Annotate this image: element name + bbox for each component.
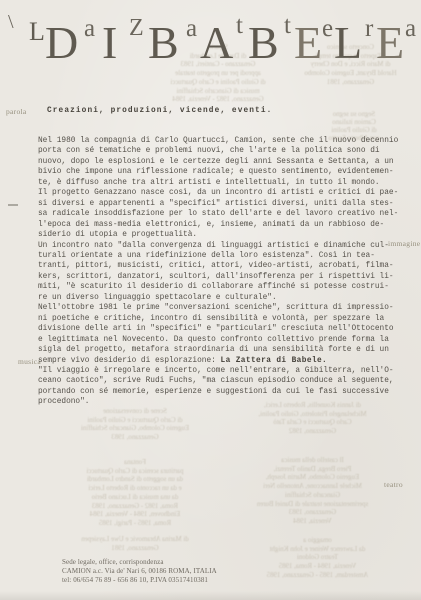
title-letter: E: [294, 20, 322, 66]
bleedthrough-text-block: omaggio a da Lawrence Weiner e John Knig…: [235, 537, 400, 581]
title-letter: L: [29, 19, 45, 45]
title-letter: B: [148, 20, 179, 66]
title-letter: Z: [129, 16, 144, 40]
bleedthrough-text-block: di Marina Abramovic e Uwe Laysiepen Gena…: [55, 536, 215, 553]
title-letter: a: [84, 16, 95, 41]
article-heading: Creazioni, produzioni, vicende, eventi.: [47, 107, 272, 115]
title-letter: A: [200, 20, 233, 66]
bleedthrough-text-block: Scene di conversazione di Carlo Quartucc…: [55, 408, 215, 443]
title-letter: I: [102, 20, 117, 66]
article-body: Nel 1980 la compagnia di Carlo Quartucci…: [38, 136, 398, 408]
footer-line3: tel: 06/654 76 89 - 656 86 10, P.IVA 035…: [62, 576, 217, 585]
title-letter: r: [365, 16, 373, 41]
title-letter: e: [322, 16, 333, 41]
bleedthrough-text-block: Il castello della musica Piero Brega, Da…: [225, 457, 400, 527]
article-body-bold-title: La Zattera di Babele.: [220, 357, 327, 365]
title-letter: B: [248, 20, 279, 66]
title-letter: t: [236, 13, 243, 38]
article-body-part1: Nel 1980 la compagnia di Carlo Quartucci…: [38, 137, 398, 365]
margin-label-teatro: teatro: [384, 480, 403, 489]
footer-line2: CAMION a.c. Via de' Nari 6, 00186 ROMA, …: [62, 567, 217, 576]
title-letter: E: [376, 20, 404, 66]
page-bottom-edge: [0, 591, 421, 600]
margin-label-parola: parola: [6, 107, 27, 116]
title-letter: a: [186, 16, 197, 41]
margin-dash: [8, 204, 18, 206]
title-letter: a: [405, 16, 416, 41]
title-letter: D: [45, 20, 78, 66]
bleedthrough-text-block: Fontana partitura scenica di Carlo Quart…: [55, 459, 215, 529]
article-body-part2: "Il viaggio è irregolare e incerto, come…: [38, 367, 394, 406]
footer-imprint: Sede legale, office, corrispondenza CAMI…: [62, 558, 217, 585]
footer-line1: Sede legale, office, corrispondenza: [62, 558, 217, 567]
title-letter: L: [334, 20, 362, 66]
document-page: Sipario di Daniele Lombardi Genazzano - …: [0, 0, 421, 600]
title-accent-mark: \: [8, 12, 14, 32]
title-letter: t: [284, 13, 291, 38]
